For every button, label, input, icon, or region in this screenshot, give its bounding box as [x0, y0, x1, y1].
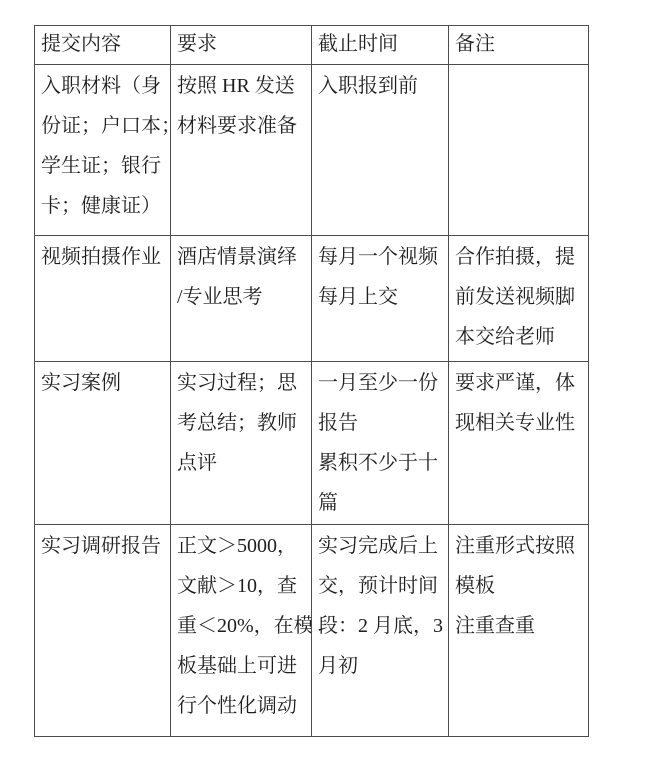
submission-requirements-table: 提交内容 要求 截止时间 备注 入职材料（身 份证；户口本； 学生证；银行 卡；… — [34, 25, 589, 737]
table-cell: 酒店情景演绎 /专业思考 — [171, 236, 312, 362]
table-cell: 按照 HR 发送 材料要求准备 — [171, 65, 312, 236]
table-cell: 入职报到前 — [312, 65, 449, 236]
table-cell: 正文＞5000， 文献＞10，查 重＜20%，在模 板基础上可进 行个性化调动 — [171, 525, 312, 737]
table-cell: 入职材料（身 份证；户口本； 学生证；银行 卡；健康证） — [35, 65, 171, 236]
table-cell: 一月至少一份 报告 累积不少于十 篇 — [312, 362, 449, 525]
table-row-research-report: 实习调研报告 正文＞5000， 文献＞10，查 重＜20%，在模 板基础上可进 … — [35, 525, 589, 737]
table-row-onboarding-materials: 入职材料（身 份证；户口本； 学生证；银行 卡；健康证） 按照 HR 发送 材料… — [35, 65, 589, 236]
table-cell: 视频拍摄作业 — [35, 236, 171, 362]
table-cell: 实习过程；思 考总结；教师 点评 — [171, 362, 312, 525]
header-cell-deadline: 截止时间 — [312, 26, 449, 65]
header-cell-notes: 备注 — [449, 26, 589, 65]
table-cell: 注重形式按照 模板 注重查重 — [449, 525, 589, 737]
table-cell — [449, 65, 589, 236]
table-row-internship-case: 实习案例 实习过程；思 考总结；教师 点评 一月至少一份 报告 累积不少于十 篇… — [35, 362, 589, 525]
table-cell: 实习完成后上 交，预计时间 段：2 月底，3 月初 — [312, 525, 449, 737]
table-cell: 实习调研报告 — [35, 525, 171, 737]
table-cell: 每月一个视频 每月上交 — [312, 236, 449, 362]
table-cell: 合作拍摄，提 前发送视频脚 本交给老师 — [449, 236, 589, 362]
header-row: 提交内容 要求 截止时间 备注 — [35, 26, 589, 65]
header-cell-requirements: 要求 — [171, 26, 312, 65]
table-cell: 要求严谨，体 现相关专业性 — [449, 362, 589, 525]
table-row-video-assignment: 视频拍摄作业 酒店情景演绎 /专业思考 每月一个视频 每月上交 合作拍摄，提 前… — [35, 236, 589, 362]
header-cell-submission-content: 提交内容 — [35, 26, 171, 65]
table-cell: 实习案例 — [35, 362, 171, 525]
